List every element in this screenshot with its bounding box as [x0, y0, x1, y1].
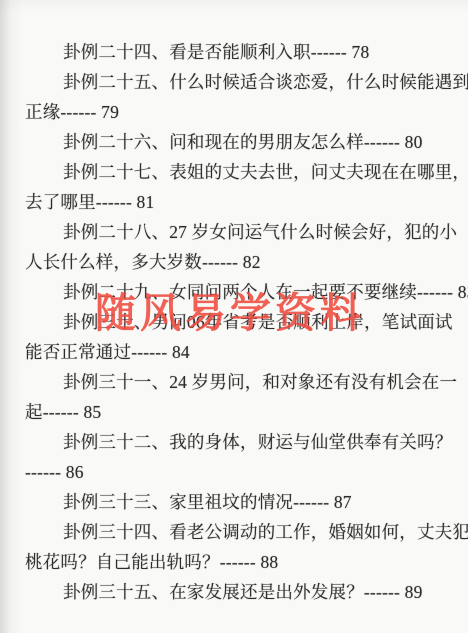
toc-line: 卦例二十五、什么时候适合谈恋爱，什么时候能遇到 — [25, 67, 464, 97]
toc-line: 卦例三十、男问06年省考是否顺利上岸，笔试面试 — [25, 307, 464, 337]
toc-line-continuation: 起------ 85 — [25, 397, 464, 427]
toc-line: 卦例三十五、在家发展还是出外发展？------ 89 — [25, 577, 464, 607]
toc-line: 卦例三十三、家里祖坟的情况------ 87 — [25, 487, 464, 517]
toc-line: 卦例三十四、看老公调动的工作，婚姻如何，丈夫犯 — [25, 517, 464, 547]
toc-line: 卦例二十六、问和现在的男朋友怎么样------ 80 — [25, 127, 464, 157]
toc-line-continuation: 人长什么样，多大岁数------ 82 — [25, 247, 464, 277]
toc-content: 卦例二十四、看是否能顺利入职------ 78 卦例二十五、什么时候适合谈恋爱，… — [25, 37, 464, 607]
toc-line: 卦例三十二、我的身体，财运与仙堂供奉有关吗？ — [25, 427, 464, 457]
toc-line-continuation: ------ 86 — [25, 457, 464, 487]
toc-line-continuation: 正缘------ 79 — [25, 97, 464, 127]
toc-line: 卦例三十一、24 岁男问，和对象还有没有机会在一 — [25, 367, 464, 397]
document-page: 卦例二十四、看是否能顺利入职------ 78 卦例二十五、什么时候适合谈恋爱，… — [0, 0, 468, 633]
toc-line: 卦例二十九、女同问两个人在一起要不要继续------ 83 — [25, 277, 464, 307]
toc-line-continuation: 桃花吗？自己能出轨吗？------ 88 — [25, 547, 464, 577]
toc-line-continuation: 能否正常通过------ 84 — [25, 337, 464, 367]
toc-line: 卦例二十八、27 岁女问运气什么时候会好，犯的小 — [25, 217, 464, 247]
toc-line-continuation: 去了哪里------ 81 — [25, 187, 464, 217]
toc-line: 卦例二十七、表姐的丈夫去世，问丈夫现在在哪里， — [25, 157, 464, 187]
toc-line: 卦例二十四、看是否能顺利入职------ 78 — [25, 37, 464, 67]
